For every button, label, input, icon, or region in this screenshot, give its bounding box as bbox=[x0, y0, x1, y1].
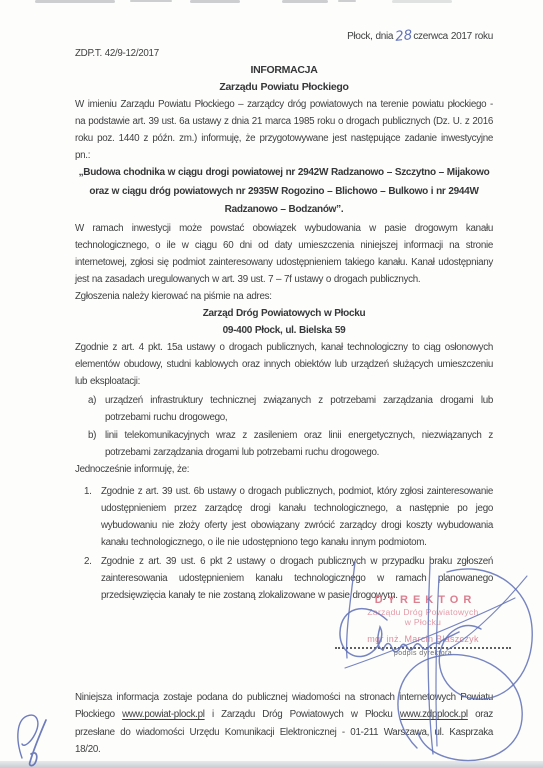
list-marker: b) bbox=[88, 427, 105, 444]
scan-artifact bbox=[338, 0, 356, 2]
dateline: Płock, dnia28czerwca 2017 roku bbox=[75, 28, 493, 45]
scan-artifact bbox=[392, 0, 452, 3]
list-item: 1. Zgodnie z art. 39 ust. 6b ustawy o dr… bbox=[75, 483, 493, 551]
also-paragraph: Jednocześnie informuję, że: bbox=[75, 461, 493, 478]
scan-artifact bbox=[130, 0, 172, 2]
handwritten-date-day: 28 bbox=[395, 35, 412, 37]
document-body: Płock, dnia28czerwca 2017 roku ZDP.T. 42… bbox=[75, 28, 493, 604]
address-intro: Zgłoszenia należy kierować na piśmie na … bbox=[75, 288, 493, 305]
dateline-suffix: czerwca 2017 roku bbox=[413, 31, 493, 42]
scan-artifact bbox=[35, 0, 115, 3]
scanned-document-page: Płock, dnia28czerwca 2017 roku ZDP.T. 42… bbox=[0, 0, 543, 768]
intro-paragraph: W imieniu Zarządu Powiatu Płockiego – za… bbox=[75, 96, 493, 164]
list-item-text: linii telekomunikacyjnych wraz z zasilen… bbox=[105, 427, 493, 461]
letter-list: a) urządzeń infrastruktury technicznej z… bbox=[75, 392, 493, 461]
document-title: INFORMACJA bbox=[75, 62, 493, 79]
list-item-text: Zgodnie z art. 39 ust. 6b ustawy o droga… bbox=[101, 483, 493, 551]
canal-paragraph: W ramach inwestycji może powstać obowiąz… bbox=[75, 220, 493, 288]
signature-strokes bbox=[340, 562, 532, 761]
list-marker: 1. bbox=[84, 483, 101, 500]
reference-number: ZDP.T. 42/9-12/2017 bbox=[75, 45, 493, 62]
dateline-prefix: Płock, dnia bbox=[347, 31, 393, 42]
address-name: Zarząd Dróg Powiatowych w Płocku bbox=[75, 305, 493, 322]
list-marker: a) bbox=[88, 392, 105, 409]
scan-artifact bbox=[190, 0, 240, 3]
flourish-strokes bbox=[18, 715, 46, 766]
address-street: 09-400 Płock, ul. Bielska 59 bbox=[75, 322, 493, 339]
powiat-plock-url: www.powiat-plock.pl bbox=[122, 709, 205, 720]
director-signature bbox=[295, 550, 543, 768]
scan-artifact bbox=[282, 0, 328, 3]
list-item: a) urządzeń infrastruktury technicznej z… bbox=[75, 392, 493, 426]
document-subtitle: Zarządu Powiatu Płockiego bbox=[75, 79, 493, 96]
list-item: b) linii telekomunikacyjnych wraz z zasi… bbox=[75, 427, 493, 461]
list-item-text: urządzeń infrastruktury technicznej zwią… bbox=[105, 392, 493, 426]
pen-flourish bbox=[10, 710, 62, 768]
project-title: „Budowa chodnika w ciągu drogi powiatowe… bbox=[75, 164, 493, 220]
list-marker: 2. bbox=[84, 553, 101, 570]
definition-paragraph: Zgodnie z art. 4 pkt. 15a ustawy o droga… bbox=[75, 339, 493, 390]
